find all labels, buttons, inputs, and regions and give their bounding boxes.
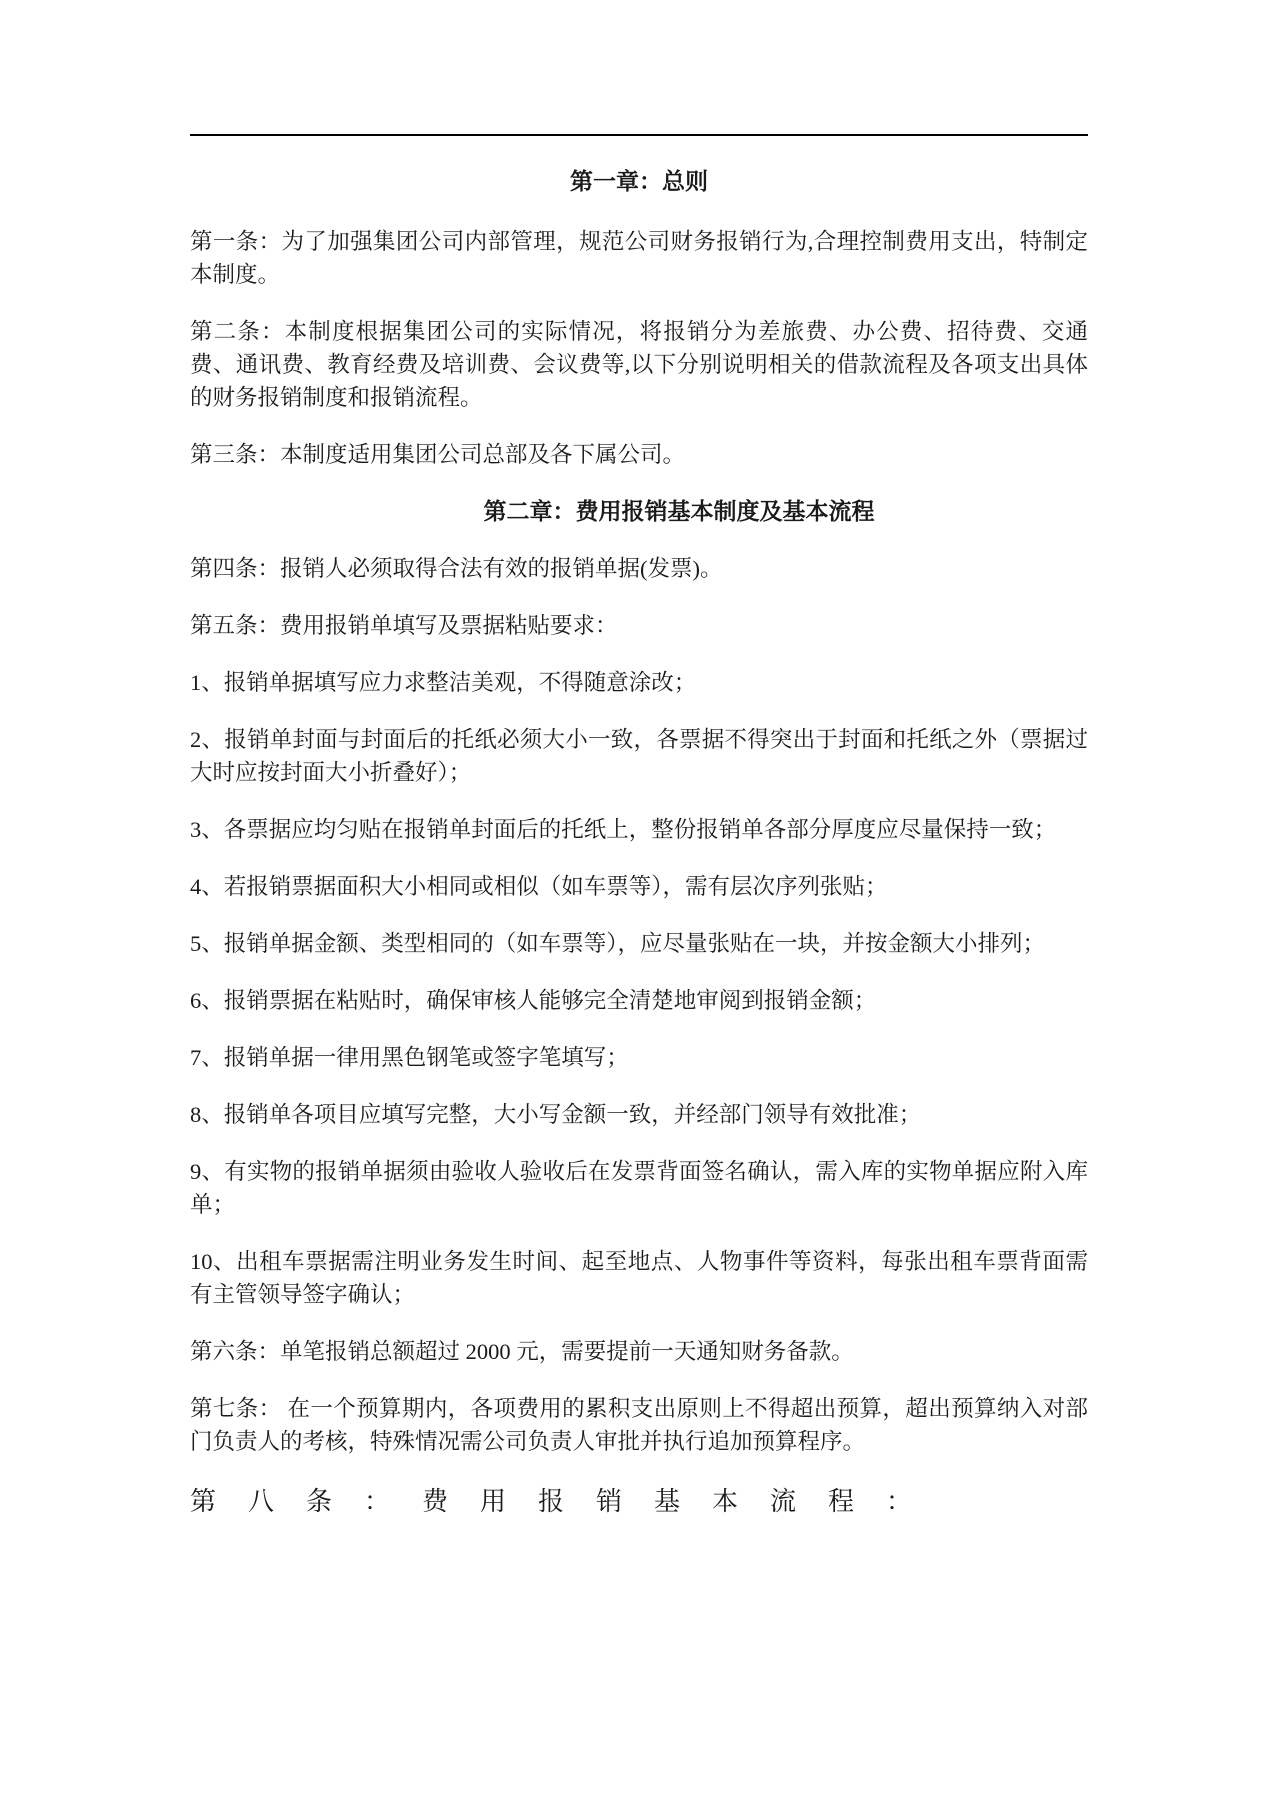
article-3-paragraph: 第三条：本制度适用集团公司总部及各下属公司。 xyxy=(190,438,1088,471)
rule-item-1: 1、报销单据填写应力求整洁美观，不得随意涂改； xyxy=(190,666,1088,699)
article-7-paragraph: 第七条： 在一个预算期内，各项费用的累积支出原则上不得超出预算，超出预算纳入对部… xyxy=(190,1392,1088,1458)
article-8-heading: 第八条：费用报销基本流程： xyxy=(190,1482,1088,1522)
article-1-paragraph: 第一条：为了加强集团公司内部管理，规范公司财务报销行为,合理控制费用支出，特制定… xyxy=(190,225,1088,291)
chapter-1-heading: 第一章：总则 xyxy=(190,165,1088,198)
article-5-paragraph: 第五条：费用报销单填写及票据粘贴要求： xyxy=(190,609,1088,642)
rule-item-7: 7、报销单据一律用黑色钢笔或签字笔填写； xyxy=(190,1041,1088,1074)
rule-item-10: 10、出租车票据需注明业务发生时间、起至地点、人物事件等资料，每张出租车票背面需… xyxy=(190,1245,1088,1311)
rule-item-2: 2、报销单封面与封面后的托纸必须大小一致，各票据不得突出于封面和托纸之外（票据过… xyxy=(190,723,1088,789)
rule-item-6: 6、报销票据在粘贴时，确保审核人能够完全清楚地审阅到报销金额； xyxy=(190,984,1088,1017)
article-2-paragraph: 第二条：本制度根据集团公司的实际情况，将报销分为差旅费、办公费、招待费、交通费、… xyxy=(190,315,1088,414)
article-4-paragraph: 第四条：报销人必须取得合法有效的报销单据(发票)。 xyxy=(190,552,1088,585)
header-rule xyxy=(190,134,1088,136)
rule-item-4: 4、若报销票据面积大小相同或相似（如车票等），需有层次序列张贴； xyxy=(190,870,1088,903)
article-6-paragraph: 第六条：单笔报销总额超过 2000 元，需要提前一天通知财务备款。 xyxy=(190,1335,1088,1368)
rule-item-8: 8、报销单各项目应填写完整，大小写金额一致，并经部门领导有效批准； xyxy=(190,1098,1088,1131)
rule-item-9: 9、有实物的报销单据须由验收人验收后在发票背面签名确认，需入库的实物单据应附入库… xyxy=(190,1155,1088,1221)
chapter-2-heading: 第二章：费用报销基本制度及基本流程 xyxy=(190,495,1088,528)
document-page: 第一章：总则 第一条：为了加强集团公司内部管理，规范公司财务报销行为,合理控制费… xyxy=(0,0,1280,1810)
rule-item-5: 5、报销单据金额、类型相同的（如车票等），应尽量张贴在一块，并按金额大小排列； xyxy=(190,927,1088,960)
document-content: 第一章：总则 第一条：为了加强集团公司内部管理，规范公司财务报销行为,合理控制费… xyxy=(190,134,1088,1522)
rule-item-3: 3、各票据应均匀贴在报销单封面后的托纸上，整份报销单各部分厚度应尽量保持一致； xyxy=(190,813,1088,846)
